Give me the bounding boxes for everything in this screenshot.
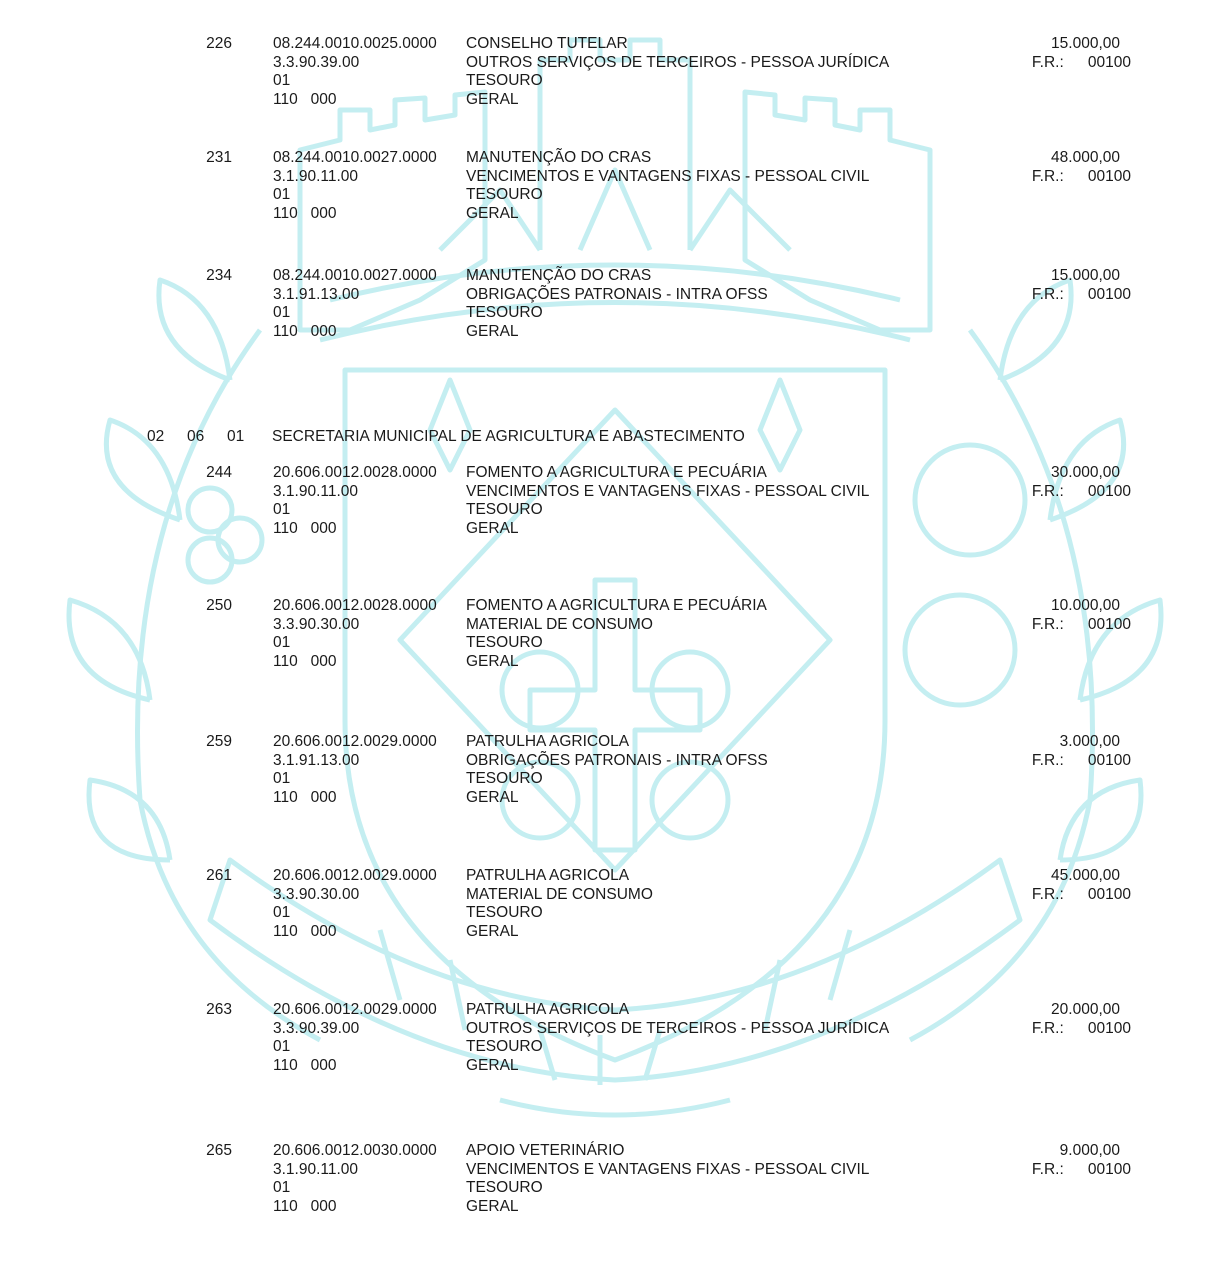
budget-entry: 250 20.606.0012.0028.0000 3.3.90.30.00 0… (0, 597, 1230, 677)
fr-label: F.R.: (1032, 616, 1088, 635)
source-code: 01 (273, 501, 437, 520)
program-title: FOMENTO A AGRICULTURA E PECUÁRIA (466, 464, 869, 483)
nature-description: MATERIAL DE CONSUMO (466, 886, 653, 905)
entry-codes: 08.244.0010.0027.0000 3.1.91.13.00 01 11… (273, 267, 437, 341)
program-code: 20.606.0012.0028.0000 (273, 597, 437, 616)
entry-descriptions: APOIO VETERINÁRIO VENCIMENTOS E VANTAGEN… (466, 1142, 869, 1216)
source-description: TESOURO (466, 634, 767, 653)
application-code: 110 000 (273, 520, 437, 539)
source-description: TESOURO (466, 501, 869, 520)
entry-descriptions: CONSELHO TUTELAR OUTROS SERVIÇOS DE TERC… (466, 35, 889, 109)
program-title: PATRULHA AGRICOLA (466, 733, 768, 752)
application-description: GERAL (466, 1057, 889, 1076)
entry-codes: 08.244.0010.0027.0000 3.1.90.11.00 01 11… (273, 149, 437, 223)
entry-codes: 20.606.0012.0030.0000 3.1.90.11.00 01 11… (273, 1142, 437, 1216)
section-code-subunit: 01 (227, 428, 244, 447)
entry-codes: 20.606.0012.0029.0000 3.3.90.39.00 01 11… (273, 1001, 437, 1075)
entry-descriptions: PATRULHA AGRICOLA OUTROS SERVIÇOS DE TER… (466, 1001, 889, 1075)
section-code-organ: 02 (147, 428, 164, 447)
entry-number: 250 (178, 597, 232, 616)
entry-codes: 20.606.0012.0028.0000 3.3.90.30.00 01 11… (273, 597, 437, 671)
entry-amount: 45.000,00 (1051, 867, 1120, 886)
entry-number: 244 (178, 464, 232, 483)
budget-entry: 265 20.606.0012.0030.0000 3.1.90.11.00 0… (0, 1142, 1230, 1222)
entry-codes: 08.244.0010.0025.0000 3.3.90.39.00 01 11… (273, 35, 437, 109)
fr-code: 00100 (1088, 168, 1131, 185)
fr-code: 00100 (1088, 286, 1131, 303)
entry-amount: 30.000,00 (1051, 464, 1120, 483)
application-code: 110 000 (273, 789, 437, 808)
source-code: 01 (273, 1038, 437, 1057)
nature-code: 3.3.90.30.00 (273, 616, 437, 635)
fr-label: F.R.: (1032, 1161, 1088, 1180)
program-code: 20.606.0012.0029.0000 (273, 733, 437, 752)
fr-label: F.R.: (1032, 1020, 1088, 1039)
funding-source-line: F.R.:00100 (1032, 168, 1131, 187)
funding-source-line: F.R.:00100 (1032, 54, 1131, 73)
entry-number: 259 (178, 733, 232, 752)
fr-label: F.R.: (1032, 168, 1088, 187)
entry-descriptions: FOMENTO A AGRICULTURA E PECUÁRIA MATERIA… (466, 597, 767, 671)
entry-number: 234 (178, 267, 232, 286)
nature-description: VENCIMENTOS E VANTAGENS FIXAS - PESSOAL … (466, 1161, 869, 1180)
nature-code: 3.1.91.13.00 (273, 752, 437, 771)
application-code: 110 000 (273, 205, 437, 224)
source-code: 01 (273, 634, 437, 653)
nature-code: 3.1.90.11.00 (273, 483, 437, 502)
entry-amount: 20.000,00 (1051, 1001, 1120, 1020)
source-code: 01 (273, 186, 437, 205)
entry-number: 231 (178, 149, 232, 168)
program-code: 20.606.0012.0029.0000 (273, 867, 437, 886)
nature-description: OUTROS SERVIÇOS DE TERCEIROS - PESSOA JU… (466, 1020, 889, 1039)
budget-entry: 259 20.606.0012.0029.0000 3.1.91.13.00 0… (0, 733, 1230, 813)
source-description: TESOURO (466, 72, 889, 91)
nature-code: 3.1.91.13.00 (273, 286, 437, 305)
program-title: APOIO VETERINÁRIO (466, 1142, 869, 1161)
fr-code: 00100 (1088, 886, 1131, 903)
entry-amount: 15.000,00 (1051, 267, 1120, 286)
source-code: 01 (273, 304, 437, 323)
entry-codes: 20.606.0012.0029.0000 3.1.91.13.00 01 11… (273, 733, 437, 807)
source-code: 01 (273, 1179, 437, 1198)
program-code: 08.244.0010.0027.0000 (273, 149, 437, 168)
program-title: PATRULHA AGRICOLA (466, 867, 653, 886)
program-code: 08.244.0010.0025.0000 (273, 35, 437, 54)
entry-descriptions: MANUTENÇÃO DO CRAS VENCIMENTOS E VANTAGE… (466, 149, 869, 223)
program-code: 20.606.0012.0029.0000 (273, 1001, 437, 1020)
application-description: GERAL (466, 1198, 869, 1217)
entry-descriptions: FOMENTO A AGRICULTURA E PECUÁRIA VENCIME… (466, 464, 869, 538)
application-description: GERAL (466, 789, 768, 808)
application-code: 110 000 (273, 91, 437, 110)
fr-code: 00100 (1088, 752, 1131, 769)
fr-label: F.R.: (1032, 286, 1088, 305)
entry-amount: 48.000,00 (1051, 149, 1120, 168)
fr-code: 00100 (1088, 1161, 1131, 1178)
nature-code: 3.3.90.39.00 (273, 1020, 437, 1039)
funding-source-line: F.R.:00100 (1032, 1161, 1131, 1180)
nature-code: 3.3.90.39.00 (273, 54, 437, 73)
program-title: FOMENTO A AGRICULTURA E PECUÁRIA (466, 597, 767, 616)
fr-code: 00100 (1088, 54, 1131, 71)
source-description: TESOURO (466, 186, 869, 205)
application-description: GERAL (466, 520, 869, 539)
program-code: 20.606.0012.0030.0000 (273, 1142, 437, 1161)
section-header: 02 06 01 SECRETARIA MUNICIPAL DE AGRICUL… (0, 428, 1230, 448)
budget-entry: 261 20.606.0012.0029.0000 3.3.90.30.00 0… (0, 867, 1230, 947)
application-description: GERAL (466, 205, 869, 224)
fr-code: 00100 (1088, 616, 1131, 633)
funding-source-line: F.R.:00100 (1032, 616, 1131, 635)
application-description: GERAL (466, 653, 767, 672)
program-title: MANUTENÇÃO DO CRAS (466, 267, 768, 286)
entry-descriptions: MANUTENÇÃO DO CRAS OBRIGAÇÕES PATRONAIS … (466, 267, 768, 341)
fr-label: F.R.: (1032, 886, 1088, 905)
source-description: TESOURO (466, 1179, 869, 1198)
source-code: 01 (273, 904, 437, 923)
source-description: TESOURO (466, 770, 768, 789)
budget-document-page: 02 06 01 SECRETARIA MUNICIPAL DE AGRICUL… (0, 0, 1230, 1269)
nature-description: OBRIGAÇÕES PATRONAIS - INTRA OFSS (466, 752, 768, 771)
fr-code: 00100 (1088, 483, 1131, 500)
funding-source-line: F.R.:00100 (1032, 483, 1131, 502)
application-code: 110 000 (273, 923, 437, 942)
application-description: GERAL (466, 923, 653, 942)
source-description: TESOURO (466, 304, 768, 323)
entry-codes: 20.606.0012.0029.0000 3.3.90.30.00 01 11… (273, 867, 437, 941)
entry-number: 261 (178, 867, 232, 886)
entry-amount: 15.000,00 (1051, 35, 1120, 54)
nature-code: 3.1.90.11.00 (273, 168, 437, 187)
entry-amount: 10.000,00 (1051, 597, 1120, 616)
nature-code: 3.3.90.30.00 (273, 886, 437, 905)
funding-source-line: F.R.:00100 (1032, 886, 1131, 905)
entry-descriptions: PATRULHA AGRICOLA OBRIGAÇÕES PATRONAIS -… (466, 733, 768, 807)
entry-amount: 9.000,00 (1060, 1142, 1120, 1161)
application-code: 110 000 (273, 653, 437, 672)
budget-entry: 231 08.244.0010.0027.0000 3.1.90.11.00 0… (0, 149, 1230, 229)
program-title: CONSELHO TUTELAR (466, 35, 889, 54)
nature-description: OBRIGAÇÕES PATRONAIS - INTRA OFSS (466, 286, 768, 305)
entry-number: 265 (178, 1142, 232, 1161)
fr-label: F.R.: (1032, 483, 1088, 502)
fr-label: F.R.: (1032, 752, 1088, 771)
nature-description: VENCIMENTOS E VANTAGENS FIXAS - PESSOAL … (466, 168, 869, 187)
application-code: 110 000 (273, 1198, 437, 1217)
program-code: 20.606.0012.0028.0000 (273, 464, 437, 483)
budget-entry: 226 08.244.0010.0025.0000 3.3.90.39.00 0… (0, 35, 1230, 115)
entry-codes: 20.606.0012.0028.0000 3.1.90.11.00 01 11… (273, 464, 437, 538)
source-description: TESOURO (466, 1038, 889, 1057)
source-code: 01 (273, 770, 437, 789)
budget-entry: 263 20.606.0012.0029.0000 3.3.90.39.00 0… (0, 1001, 1230, 1081)
budget-entry: 234 08.244.0010.0027.0000 3.1.91.13.00 0… (0, 267, 1230, 347)
entry-descriptions: PATRULHA AGRICOLA MATERIAL DE CONSUMO TE… (466, 867, 653, 941)
application-description: GERAL (466, 91, 889, 110)
budget-entry: 244 20.606.0012.0028.0000 3.1.90.11.00 0… (0, 464, 1230, 544)
entry-amount: 3.000,00 (1060, 733, 1120, 752)
section-title: SECRETARIA MUNICIPAL DE AGRICULTURA E AB… (272, 428, 745, 447)
fr-code: 00100 (1088, 1020, 1131, 1037)
fr-label: F.R.: (1032, 54, 1088, 73)
entry-number: 226 (178, 35, 232, 54)
application-code: 110 000 (273, 1057, 437, 1076)
funding-source-line: F.R.:00100 (1032, 1020, 1131, 1039)
nature-description: VENCIMENTOS E VANTAGENS FIXAS - PESSOAL … (466, 483, 869, 502)
nature-description: MATERIAL DE CONSUMO (466, 616, 767, 635)
program-title: MANUTENÇÃO DO CRAS (466, 149, 869, 168)
nature-description: OUTROS SERVIÇOS DE TERCEIROS - PESSOA JU… (466, 54, 889, 73)
source-description: TESOURO (466, 904, 653, 923)
entry-number: 263 (178, 1001, 232, 1020)
funding-source-line: F.R.:00100 (1032, 752, 1131, 771)
program-code: 08.244.0010.0027.0000 (273, 267, 437, 286)
funding-source-line: F.R.:00100 (1032, 286, 1131, 305)
section-code-unit: 06 (187, 428, 204, 447)
program-title: PATRULHA AGRICOLA (466, 1001, 889, 1020)
application-description: GERAL (466, 323, 768, 342)
application-code: 110 000 (273, 323, 437, 342)
nature-code: 3.1.90.11.00 (273, 1161, 437, 1180)
source-code: 01 (273, 72, 437, 91)
